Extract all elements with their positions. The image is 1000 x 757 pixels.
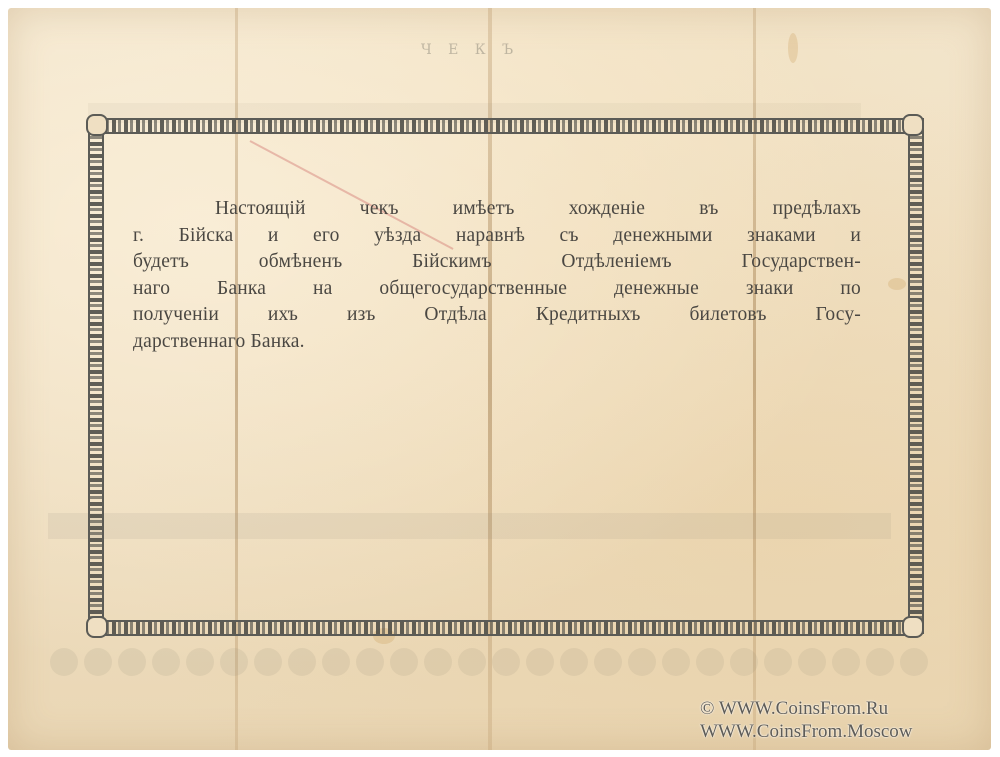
ghost-dot (900, 648, 928, 676)
ghost-dot (288, 648, 316, 676)
ghost-dot (390, 648, 418, 676)
text-line: дарственнаго Банка. (133, 329, 861, 356)
paper-stain (788, 33, 798, 63)
ghost-dot (322, 648, 350, 676)
ghost-dot (492, 648, 520, 676)
border-corner-ornament (902, 616, 924, 638)
ornamental-border-bottom (100, 620, 910, 636)
ghost-dot (186, 648, 214, 676)
ghost-dot (254, 648, 282, 676)
ghost-dot (764, 648, 792, 676)
text-line: Настоящій чекъ имѣетъ хожденіе въ предѣл… (133, 196, 861, 223)
border-corner-ornament (902, 114, 924, 136)
border-corner-ornament (86, 616, 108, 638)
show-through-header: Ч Е К Ъ (200, 42, 740, 58)
ornamental-border-top (100, 118, 910, 134)
text-line: г. Бійска и его уѣзда наравнѣ съ денежны… (133, 223, 861, 250)
ghost-dot (832, 648, 860, 676)
ghost-dot (356, 648, 384, 676)
copyright-watermark: © WWW.CoinsFrom.Ru WWW.CoinsFrom.Moscow (700, 697, 913, 743)
ghost-dot (118, 648, 146, 676)
ornamental-border-right (908, 118, 924, 634)
watermark-line-1: © WWW.CoinsFrom.Ru (700, 697, 913, 720)
ghost-dot (220, 648, 248, 676)
ghost-dot (84, 648, 112, 676)
ghost-dot (628, 648, 656, 676)
ghost-dot (866, 648, 894, 676)
ghost-dot (560, 648, 588, 676)
ghost-dot (594, 648, 622, 676)
ghost-dot (696, 648, 724, 676)
show-through-dot-row (50, 648, 928, 676)
ghost-dot (662, 648, 690, 676)
paper-stain (888, 278, 906, 290)
image-canvas: Ч Е К Ъ Настоящій чекъ имѣетъ хожденіе в… (0, 0, 1000, 757)
cheque-circulation-text: Настоящій чекъ имѣетъ хожденіе въ предѣл… (133, 196, 861, 355)
ghost-dot (152, 648, 180, 676)
ghost-dot (730, 648, 758, 676)
border-corner-ornament (86, 114, 108, 136)
text-line: наго Банка на общегосударственные денежн… (133, 276, 861, 303)
show-through-band (48, 513, 891, 539)
ghost-dot (424, 648, 452, 676)
ghost-dot (798, 648, 826, 676)
text-line: будетъ обмѣненъ Бійскимъ Отдѣленіемъ Гос… (133, 249, 861, 276)
ghost-dot (526, 648, 554, 676)
watermark-line-2: WWW.CoinsFrom.Moscow (700, 720, 913, 743)
ornamental-border-left (88, 118, 104, 634)
text-line: полученіи ихъ изъ Отдѣла Кредитныхъ биле… (133, 302, 861, 329)
ghost-dot (50, 648, 78, 676)
ghost-dot (458, 648, 486, 676)
